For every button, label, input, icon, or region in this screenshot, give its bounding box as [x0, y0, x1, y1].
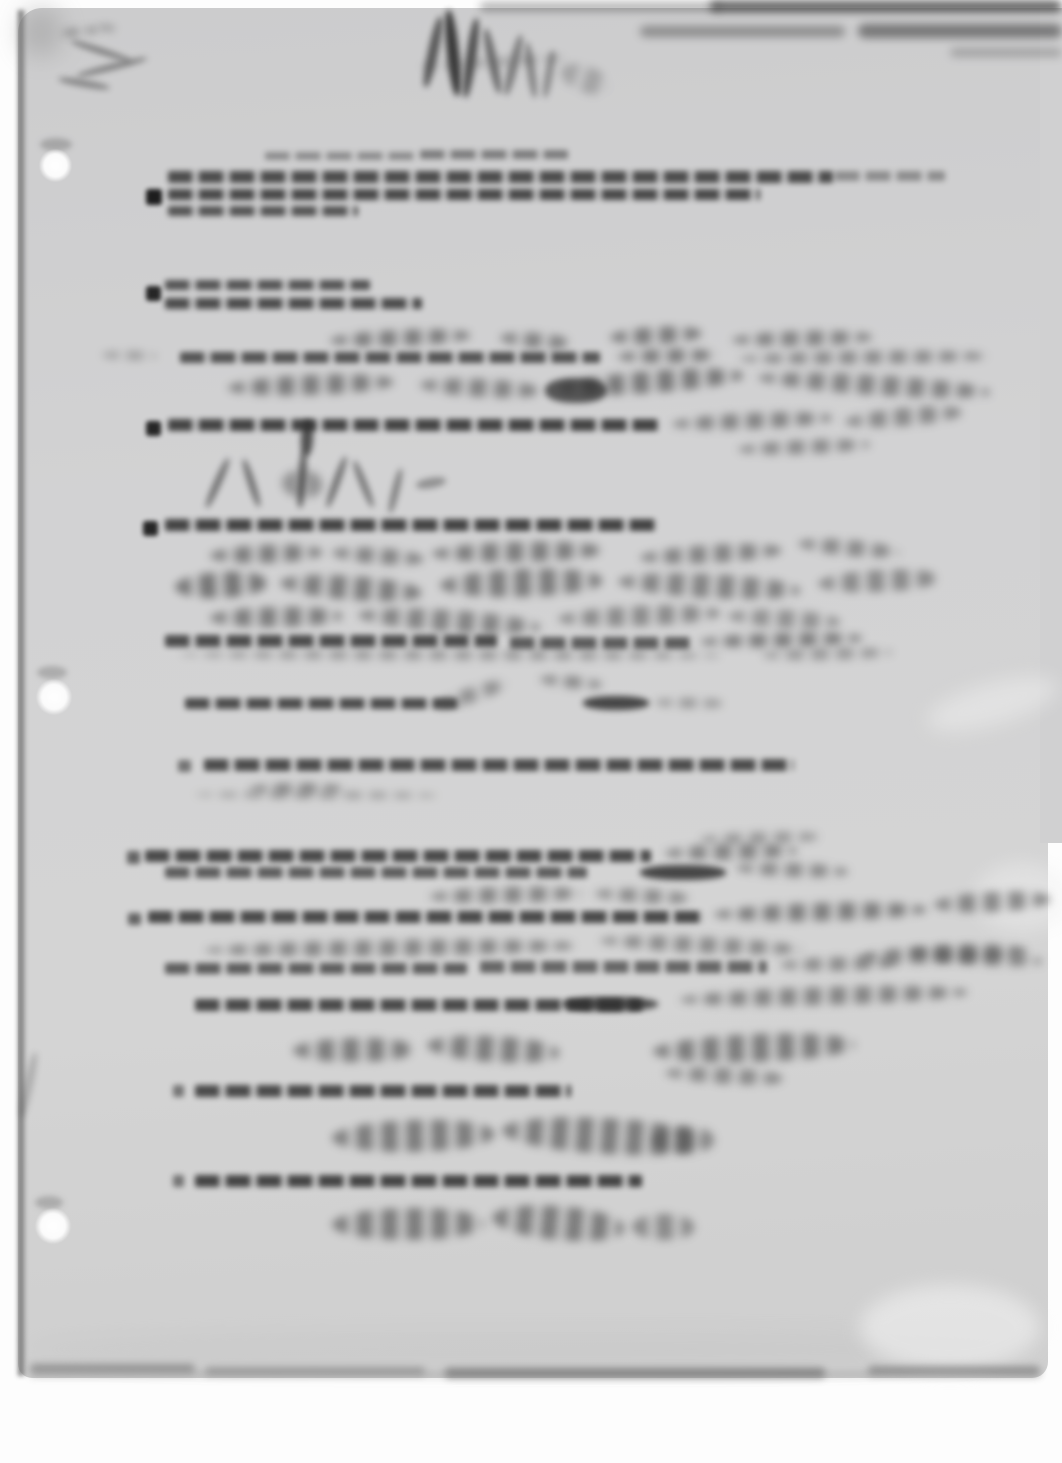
- bullet-marker: [146, 286, 161, 301]
- item-marker: [178, 760, 191, 772]
- corner-shadow-top-left: [20, 8, 62, 56]
- typed-line: [185, 698, 463, 709]
- typed-line: [168, 419, 660, 431]
- typed-line: [165, 519, 657, 531]
- pen-stroke: [640, 865, 726, 880]
- heading-line: [420, 150, 568, 159]
- hole-punch-shadow: [37, 666, 67, 679]
- bullet-marker: [143, 521, 158, 536]
- item-marker: [128, 913, 141, 925]
- typed-line: [145, 850, 651, 862]
- typed-line: [168, 206, 358, 216]
- paper-bottom-edge: [30, 1372, 1040, 1377]
- typed-line: [165, 280, 370, 290]
- hole-punch-shadow: [35, 1196, 63, 1209]
- top-edge-streak: [480, 3, 720, 11]
- bullet-marker: [146, 421, 161, 436]
- bullet-marker: [146, 189, 162, 205]
- typed-line: [148, 911, 704, 923]
- typed-line: [165, 635, 497, 647]
- typed-line: [168, 189, 760, 200]
- paper-top-right-extension: [1040, 8, 1062, 843]
- scanned-document-page: [0, 0, 1062, 1463]
- typed-line: [180, 352, 600, 363]
- item-marker: [127, 851, 140, 864]
- hole-punch: [36, 679, 72, 715]
- heading-line: [265, 152, 415, 160]
- hole-punch: [39, 149, 72, 182]
- pen-stroke: [583, 696, 649, 710]
- typed-line: [195, 1175, 642, 1187]
- typed-line: [835, 171, 945, 181]
- typed-line: [510, 637, 692, 649]
- paper-left-edge: [18, 10, 25, 1376]
- typed-line: [165, 963, 467, 974]
- top-edge-streak: [640, 26, 845, 37]
- typed-line: [165, 867, 587, 878]
- typed-line: [195, 1085, 571, 1097]
- item-marker: [173, 1085, 184, 1097]
- typed-line: [165, 298, 422, 309]
- top-edge-streak: [950, 48, 1062, 57]
- typed-line: [480, 961, 767, 973]
- typed-line: [204, 759, 794, 771]
- hole-punch: [35, 1208, 71, 1244]
- top-edge-streak: [858, 24, 1062, 38]
- top-edge-streak: [710, 1, 1062, 12]
- typed-line: [168, 171, 833, 183]
- handwriting: [545, 378, 607, 403]
- pen-stroke: [562, 997, 658, 1011]
- item-marker: [173, 1175, 184, 1187]
- light-corner-bottom-right: [860, 1285, 1040, 1370]
